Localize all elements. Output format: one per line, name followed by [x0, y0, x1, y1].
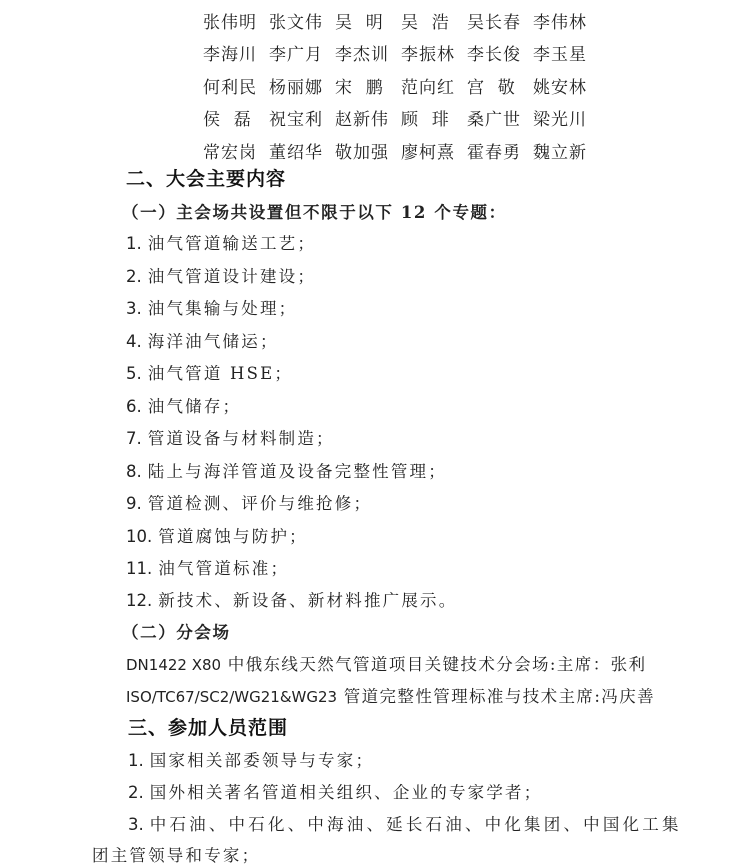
topic-item: 2.油气管道设计建设； — [126, 263, 316, 287]
person-name: 吴 浩 — [401, 8, 467, 33]
person-name: 范向红 — [401, 73, 467, 98]
person-name: 李广月 — [269, 40, 335, 65]
topic-text: 油气管道 HSE； — [148, 364, 293, 383]
topic-text: 油气集输与处理； — [148, 299, 298, 318]
participant-number: 2. — [128, 783, 144, 802]
person-name: 霍春勇 — [467, 138, 533, 163]
person-name: 李伟林 — [533, 8, 599, 33]
person-name: 赵新伟 — [335, 105, 401, 130]
section-heading-participants: 三、参加人员范围 — [128, 713, 288, 740]
topic-number: 12. — [126, 591, 152, 610]
topic-number: 8. — [126, 462, 142, 481]
topic-item: 4.海洋油气储运； — [126, 328, 279, 352]
topic-text: 新技术、新设备、新材料推广展示。 — [158, 591, 457, 610]
person-name: 李玉星 — [533, 40, 599, 65]
branch-venue-code: ISO/TC67/SC2/WG21&WG23 — [126, 688, 337, 706]
topic-text: 管道设备与材料制造； — [148, 429, 335, 448]
topic-item: 12.新技术、新设备、新材料推广展示。 — [126, 587, 457, 611]
person-name: 杨丽娜 — [269, 73, 335, 98]
topic-item: 11.油气管道标准； — [126, 555, 289, 579]
participant-text: 国家相关部委领导与专家； — [150, 751, 374, 770]
topic-number: 1. — [126, 234, 142, 253]
participant-text: 中石油、中石化、中海油、延长石油、中化集团、中国化工集 — [150, 815, 682, 834]
topic-number: 7. — [126, 429, 142, 448]
person-name: 张伟明 — [203, 8, 269, 33]
participant-number: 1. — [128, 751, 144, 770]
topic-item: 5.油气管道 HSE； — [126, 360, 293, 384]
name-row: 侯 磊 祝宝利 赵新伟 顾 琲 桑广世 梁光川 — [203, 102, 603, 135]
topic-number: 11. — [126, 559, 152, 578]
participant-item: 2.国外相关著名管道相关组织、企业的专家学者； — [128, 779, 542, 803]
branch-venue-text: 管道完整性管理标准与技术主席:冯庆善 — [344, 687, 655, 706]
name-row: 常宏岗 董绍华 敬加强 廖柯熹 霍春勇 魏立新 — [203, 134, 603, 167]
person-name: 宫 敬 — [467, 73, 533, 98]
person-name: 李振林 — [401, 40, 467, 65]
person-name: 梁光川 — [533, 105, 599, 130]
topic-text: 管道检测、评价与维抢修； — [148, 494, 372, 513]
person-name: 董绍华 — [269, 138, 335, 163]
person-name: 敬加强 — [335, 138, 401, 163]
section-heading-main-content: 二、大会主要内容 — [126, 164, 286, 191]
branch-venue-text: 中俄东线天然气管道项目关键技术分会场:主席：张利 — [228, 655, 647, 674]
person-name: 李海川 — [203, 40, 269, 65]
participant-text: 国外相关著名管道相关组织、企业的专家学者； — [150, 783, 543, 802]
person-name: 桑广世 — [467, 105, 533, 130]
topic-number: 9. — [126, 494, 142, 513]
name-row: 李海川 李广月 李杰训 李振林 李长俊 李玉星 — [203, 37, 603, 70]
person-name: 吴 明 — [335, 8, 401, 33]
person-name: 顾 琲 — [401, 105, 467, 130]
expert-name-list: 张伟明 张文伟 吴 明 吴 浩 吴长春 李伟林 李海川 李广月 李杰训 李振林 … — [203, 4, 603, 167]
person-name: 魏立新 — [533, 138, 599, 163]
subsection-heading-main-venue: （一）主会场共设置但不限于以下 12 个专题： — [122, 199, 507, 223]
subsection-heading-branch-venue: （二）分会场 — [122, 619, 231, 643]
person-name: 祝宝利 — [269, 105, 335, 130]
person-name: 宋 鹏 — [335, 73, 401, 98]
name-row: 张伟明 张文伟 吴 明 吴 浩 吴长春 李伟林 — [203, 4, 603, 37]
participant-item: 1.国家相关部委领导与专家； — [128, 747, 374, 771]
topic-item: 9.管道检测、评价与维抢修； — [126, 490, 372, 514]
person-name: 张文伟 — [269, 8, 335, 33]
participant-number: 3. — [128, 815, 144, 834]
person-name: 姚安林 — [533, 73, 599, 98]
topic-item: 1.油气管道输送工艺； — [126, 230, 316, 254]
person-name: 吴长春 — [467, 8, 533, 33]
person-name: 常宏岗 — [203, 138, 269, 163]
topic-number: 2. — [126, 267, 142, 286]
branch-venue-code: DN1422 X80 — [126, 656, 221, 674]
topic-text: 陆上与海洋管道及设备完整性管理； — [148, 462, 447, 481]
topic-text: 油气管道标准； — [158, 559, 289, 578]
name-row: 何利民 杨丽娜 宋 鹏 范向红 宫 敬 姚安林 — [203, 69, 603, 102]
topic-item: 3.油气集输与处理； — [126, 295, 297, 319]
person-name: 廖柯熹 — [401, 138, 467, 163]
topic-number: 6. — [126, 397, 142, 416]
topic-text: 海洋油气储运； — [148, 332, 279, 351]
topic-number: 10. — [126, 527, 152, 546]
topic-number: 3. — [126, 299, 142, 318]
topic-item: 7.管道设备与材料制造； — [126, 425, 335, 449]
topic-number: 5. — [126, 364, 142, 383]
person-name: 李长俊 — [467, 40, 533, 65]
topic-text: 油气管道设计建设； — [148, 267, 316, 286]
participant-item-continuation: 团主管领导和专家； — [92, 842, 260, 866]
topic-number: 4. — [126, 332, 142, 351]
person-name: 李杰训 — [335, 40, 401, 65]
topic-text: 管道腐蚀与防护； — [158, 527, 308, 546]
branch-venue-item: ISO/TC67/SC2/WG21&WG23 管道完整性管理标准与技术主席:冯庆… — [126, 683, 655, 707]
branch-venue-item: DN1422 X80 中俄东线天然气管道项目关键技术分会场:主席：张利 — [126, 651, 646, 675]
topic-text: 油气储存； — [148, 397, 242, 416]
topic-item: 8.陆上与海洋管道及设备完整性管理； — [126, 458, 447, 482]
person-name: 何利民 — [203, 73, 269, 98]
topic-text: 油气管道输送工艺； — [148, 234, 316, 253]
participant-item: 3.中石油、中石化、中海油、延长石油、中化集团、中国化工集 — [128, 811, 682, 835]
topic-item: 6.油气储存； — [126, 393, 241, 417]
person-name: 侯 磊 — [203, 105, 269, 130]
topic-item: 10.管道腐蚀与防护； — [126, 523, 308, 547]
